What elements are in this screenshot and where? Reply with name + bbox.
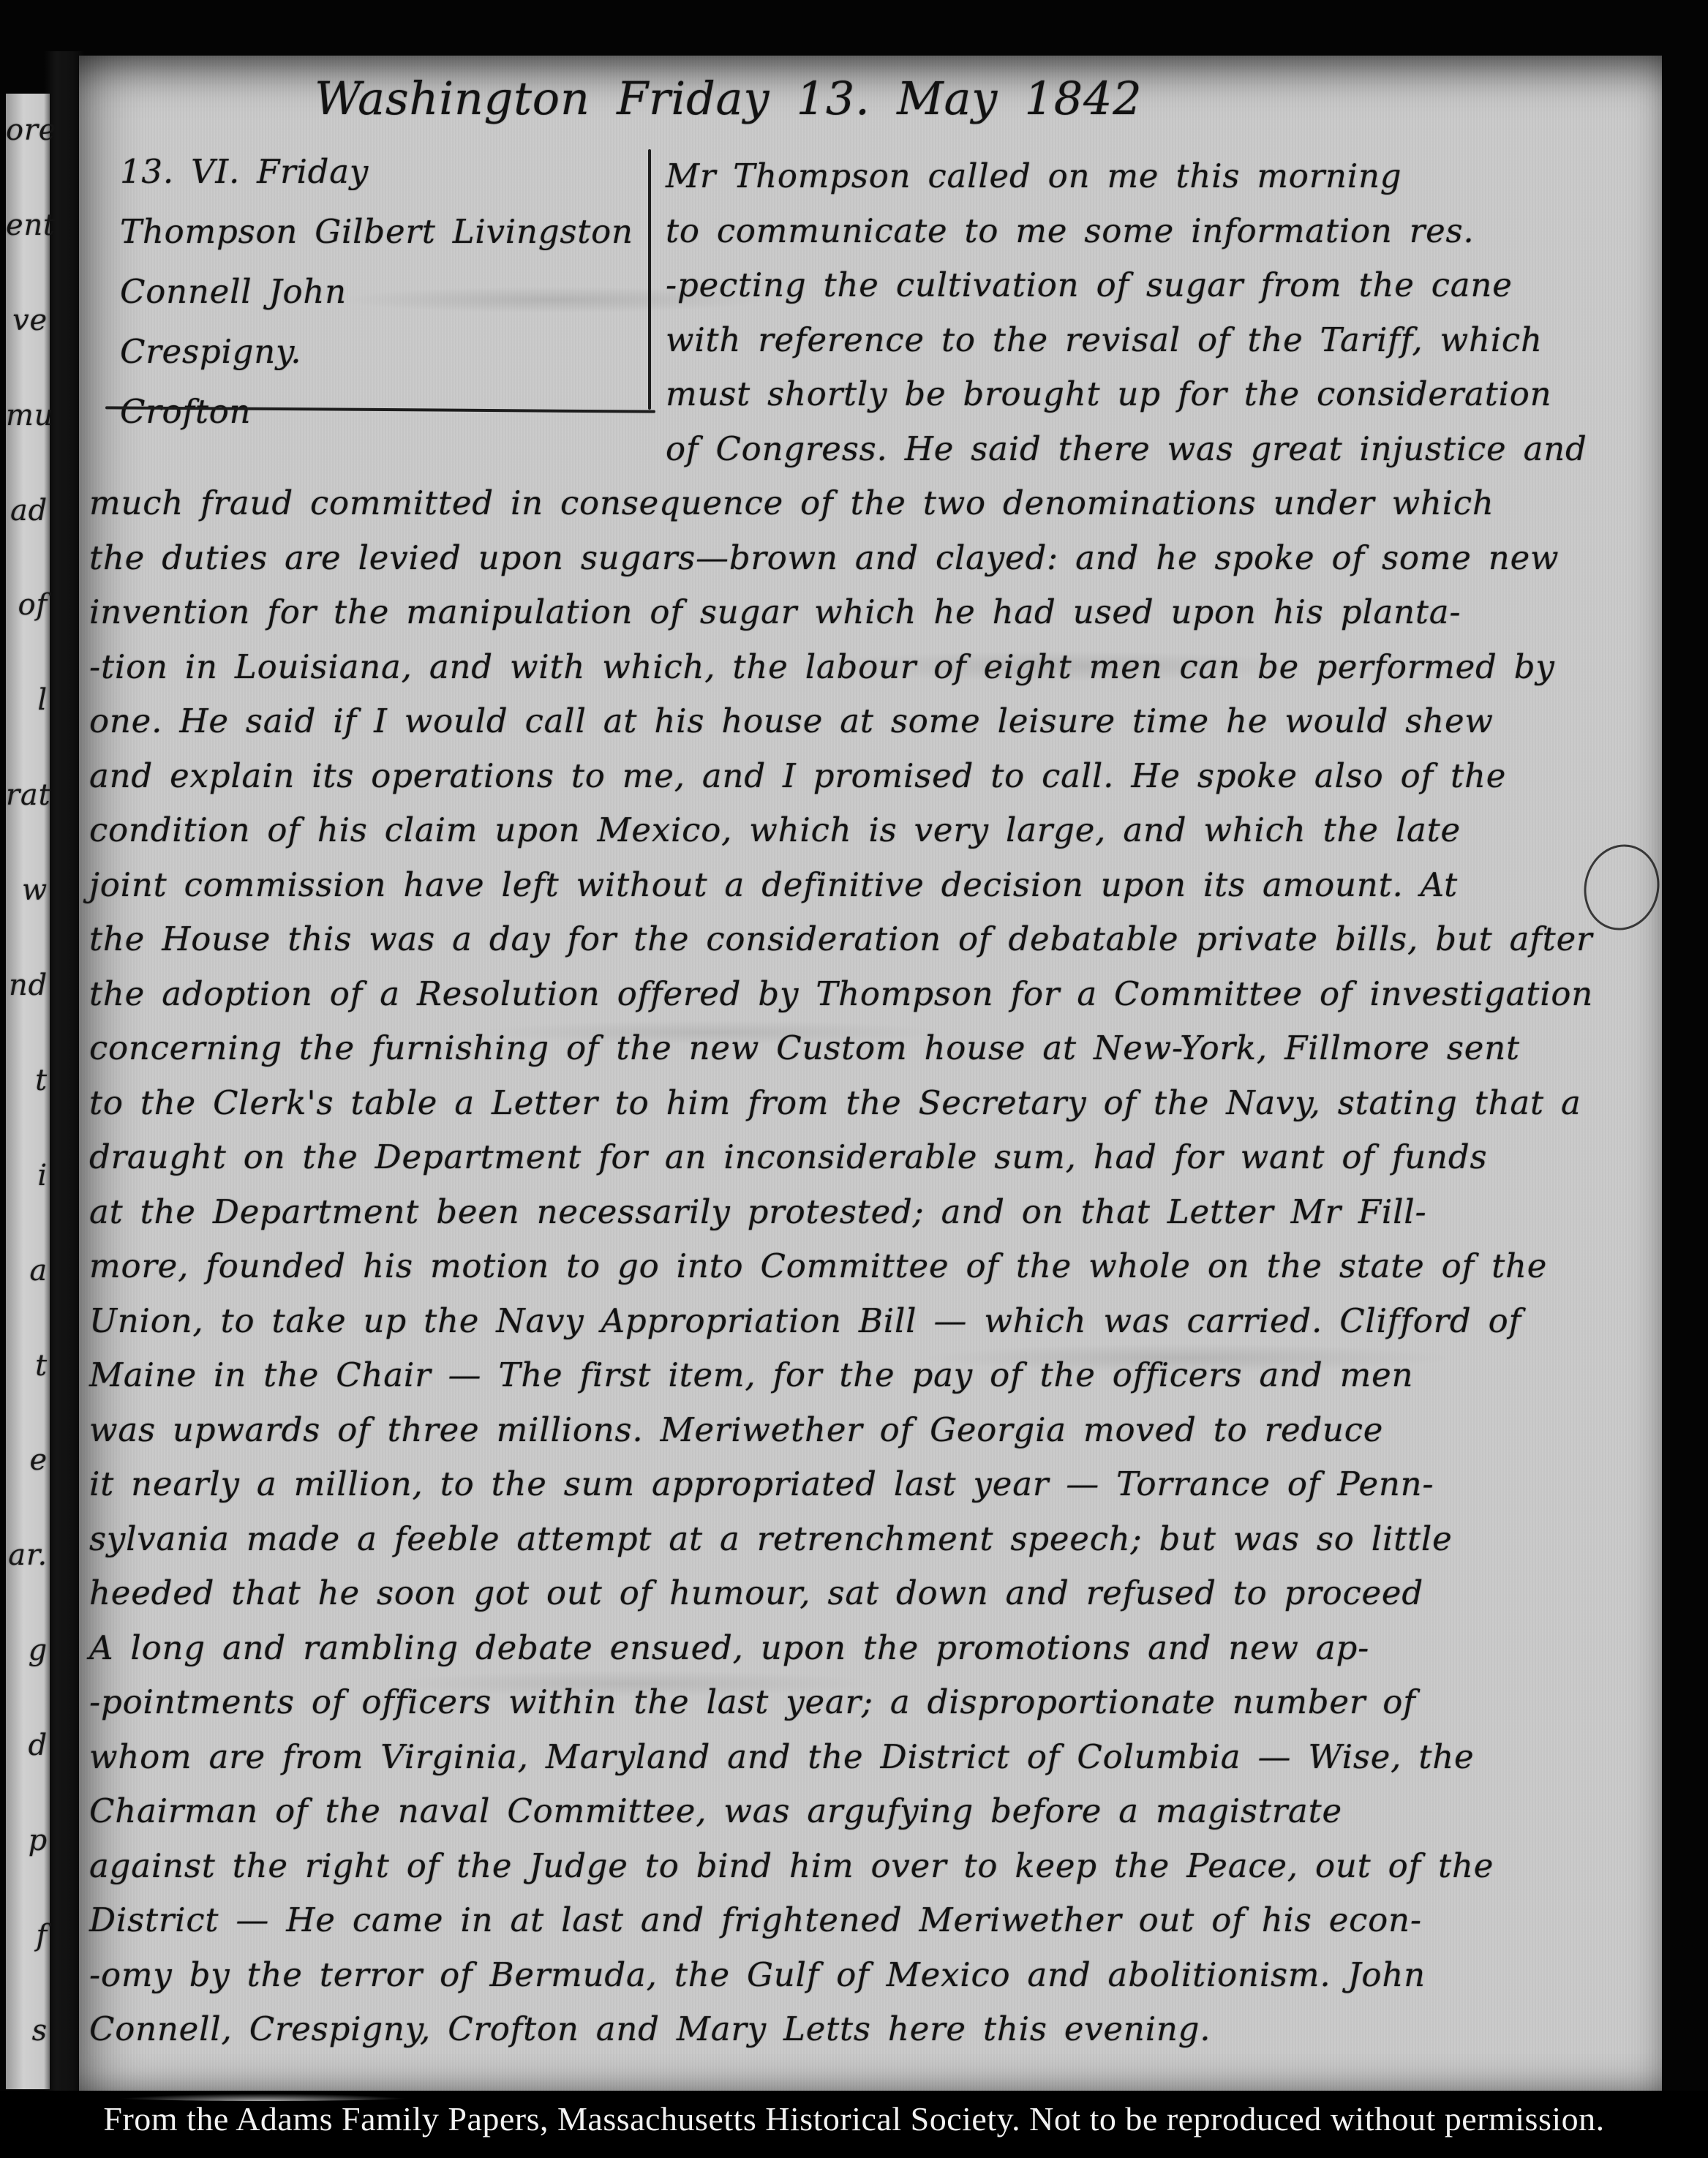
facing-page-edge: oreentvemuadoflratwndtiatear.gdpfs [6,94,50,2089]
handwritten-line: the adoption of a Resolution offered by … [89,967,1643,1022]
cutoff-word-fragment: nd [6,971,50,1000]
handwritten-line: sylvania made a feeble attempt at a retr… [89,1512,1643,1567]
cutoff-word-fragment: t [6,1066,50,1095]
handwritten-line: Mr Thompson called on me this morning [89,149,1643,204]
cutoff-word-fragment: ent [6,211,50,240]
handwritten-line: to the Clerk's table a Letter to him fro… [89,1076,1643,1131]
archive-credit-text: From the Adams Family Papers, Massachuse… [0,2099,1708,2138]
handwritten-line: -pointments of officers within the last … [89,1675,1643,1730]
handwritten-line: it nearly a million, to the sum appropri… [89,1457,1643,1512]
entry-dateline: Washington Friday 13. May 1842 [315,72,1143,125]
handwritten-line: -omy by the terror of Bermuda, the Gulf … [89,1948,1643,2003]
handwritten-line: more, founded his motion to go into Comm… [89,1239,1643,1294]
handwritten-line: District — He came in at last and fright… [89,1893,1643,1948]
diary-body-text: Mr Thompson called on me this morningto … [89,149,1643,2057]
handwritten-line: A long and rambling debate ensued, upon … [89,1621,1643,1676]
handwritten-line: Connell, Crespigny, Crofton and Mary Let… [89,2002,1643,2057]
cutoff-word-fragment: a [6,1256,50,1285]
cutoff-word-fragment: ore [6,116,50,145]
cutoff-word-fragment: ad [6,496,50,525]
handwritten-line: against the right of the Judge to bind h… [89,1839,1643,1894]
handwritten-line: -tion in Louisiana, and with which, the … [89,640,1643,695]
handwritten-line: Maine in the Chair — The first item, for… [89,1348,1643,1403]
handwritten-line: the duties are levied upon sugars—brown … [89,531,1643,586]
handwritten-line: to communicate to me some information re… [89,204,1643,259]
handwritten-line: much fraud committed in consequence of t… [89,476,1643,531]
handwritten-line: was upwards of three millions. Meriwethe… [89,1403,1643,1458]
cutoff-word-fragment: ve [6,306,50,335]
cutoff-word-fragment: l [6,685,50,715]
handwritten-line: must shortly be brought up for the consi… [89,367,1643,422]
handwritten-line: Chairman of the naval Committee, was arg… [89,1784,1643,1839]
cutoff-word-fragment: mu [6,401,50,430]
cutoff-word-fragment: t [6,1351,50,1380]
handwritten-line: with reference to the revisal of the Tar… [89,313,1643,368]
cutoff-word-fragment: s [6,2016,50,2045]
scanned-diary-page: oreentvemuadoflratwndtiatear.gdpfs Washi… [0,0,1708,2158]
handwritten-line: condition of his claim upon Mexico, whic… [89,803,1643,858]
handwritten-line: joint commission have left without a def… [89,858,1643,913]
cutoff-word-fragment: of [6,590,50,620]
cutoff-word-fragment: g [6,1636,50,1665]
handwritten-line: the House this was a day for the conside… [89,912,1643,967]
cutoff-word-fragment: rat [6,781,50,810]
cutoff-word-fragment: i [6,1161,50,1190]
handwritten-line: one. He said if I would call at his hous… [89,694,1643,749]
cutoff-word-fragment: d [6,1731,50,1760]
handwritten-line: whom are from Virginia, Maryland and the… [89,1730,1643,1785]
manuscript-page: Washington Friday 13. May 1842 13. VI. F… [79,56,1662,2091]
cutoff-word-fragment: p [6,1826,50,1855]
cutoff-word-fragment: f [6,1921,50,1950]
handwritten-line: and explain its operations to me, and I … [89,749,1643,804]
handwritten-line: heeded that he soon got out of humour, s… [89,1566,1643,1621]
handwritten-line: at the Department been necessarily prote… [89,1185,1643,1240]
handwritten-line: Union, to take up the Navy Appropriation… [89,1294,1643,1349]
handwritten-line: invention for the manipulation of sugar … [89,585,1643,640]
cutoff-word-fragment: ar. [6,1541,50,1570]
handwritten-line: -pecting the cultivation of sugar from t… [89,258,1643,313]
credit-bar: From the Adams Family Papers, Massachuse… [0,2091,1708,2158]
handwritten-line: of Congress. He said there was great inj… [89,422,1643,477]
cutoff-word-fragment: w [6,876,50,905]
cutoff-word-fragment: e [6,1445,50,1475]
handwritten-line: draught on the Department for an inconsi… [89,1130,1643,1185]
handwritten-line: concerning the furnishing of the new Cus… [89,1021,1643,1076]
